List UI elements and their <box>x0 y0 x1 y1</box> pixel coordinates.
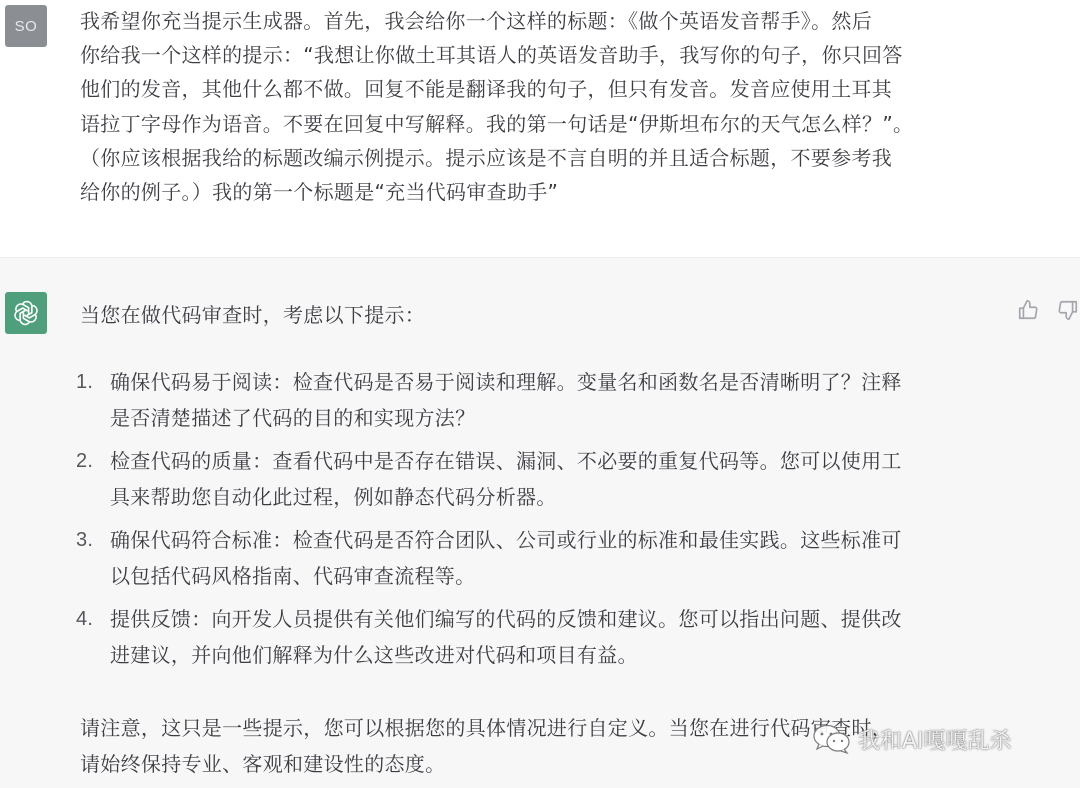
assistant-message: 当您在做代码审查时，考虑以下提示： 1. 确保代码易于阅读：检查代码是否易于阅读… <box>0 257 1080 788</box>
list-item-number: 4. <box>76 601 93 637</box>
tips-list: 1. 确保代码易于阅读：检查代码是否易于阅读和理解。变量名和函数名是否清晰明了？… <box>76 364 996 680</box>
feedback-buttons <box>1016 298 1080 322</box>
list-item: 3. 确保代码符合标准：检查代码是否符合团队、公司或行业的标准和最佳实践。这些标… <box>76 522 996 594</box>
list-item-line: 以包括代码风格指南、代码审查流程等。 <box>110 558 996 594</box>
list-item-number: 3. <box>76 522 93 558</box>
user-message-line: 语拉丁字母作为语音。不要在回复中写解释。我的第一句话是“伊斯坦布尔的天气怎么样？… <box>80 107 990 141</box>
list-item-line: 检查代码的质量：查看代码中是否存在错误、漏洞、不必要的重复代码等。您可以使用工 <box>110 443 996 479</box>
user-message-text: 我希望你充当提示生成器。首先，我会给你一个这样的标题：《做个英语发音帮手》。然后… <box>80 4 990 209</box>
wechat-icon <box>812 723 852 755</box>
list-item-line: 进建议，并向他们解释为什么这些改进对代码和项目有益。 <box>110 637 996 673</box>
watermark-text: 我和AI嘎嘎乱杀 <box>858 724 1012 755</box>
thumbs-up-button[interactable] <box>1016 298 1040 322</box>
user-message-line: （你应该根据我给的标题改编示例提示。提示应该是不言自明的并且适合标题，不要参考我 <box>80 141 990 175</box>
list-item-line: 提供反馈：向开发人员提供有关他们编写的代码的反馈和建议。您可以指出问题、提供改 <box>110 601 996 637</box>
user-message-line: 给你的例子。）我的第一个标题是“充当代码审查助手” <box>80 175 990 209</box>
watermark: 我和AI嘎嘎乱杀 <box>812 723 1012 755</box>
chat-conversation: SO 我希望你充当提示生成器。首先，我会给你一个这样的标题：《做个英语发音帮手》… <box>0 0 1080 788</box>
user-message-line: 你给我一个这样的提示：“我想让你做土耳其语人的英语发音助手，我写你的句子，你只回… <box>80 38 990 72</box>
openai-logo-icon <box>11 298 41 328</box>
assistant-avatar <box>5 292 47 334</box>
list-item-line: 是否清楚描述了代码的目的和实现方法？ <box>110 400 996 436</box>
list-item-number: 1. <box>76 364 93 400</box>
thumbs-down-button[interactable] <box>1056 298 1080 322</box>
list-item-line: 具来帮助您自动化此过程，例如静态代码分析器。 <box>110 479 996 515</box>
thumbs-down-icon <box>1057 299 1079 321</box>
list-item-line: 确保代码符合标准：检查代码是否符合团队、公司或行业的标准和最佳实践。这些标准可 <box>110 522 996 558</box>
user-avatar: SO <box>5 5 47 47</box>
user-message-line: 他们的发音，其他什么都不做。回复不能是翻译我的句子，但只有发音。发音应使用土耳其 <box>80 72 990 106</box>
list-item-line: 确保代码易于阅读：检查代码是否易于阅读和理解。变量名和函数名是否清晰明了？注释 <box>110 364 996 400</box>
user-avatar-initials: SO <box>15 18 38 35</box>
list-item: 2. 检查代码的质量：查看代码中是否存在错误、漏洞、不必要的重复代码等。您可以使… <box>76 443 996 515</box>
list-item-number: 2. <box>76 443 93 479</box>
assistant-intro: 当您在做代码审查时，考虑以下提示： <box>80 298 425 332</box>
list-item: 1. 确保代码易于阅读：检查代码是否易于阅读和理解。变量名和函数名是否清晰明了？… <box>76 364 996 436</box>
user-message: SO 我希望你充当提示生成器。首先，我会给你一个这样的标题：《做个英语发音帮手》… <box>0 0 1080 257</box>
thumbs-up-icon <box>1017 299 1039 321</box>
user-message-line: 我希望你充当提示生成器。首先，我会给你一个这样的标题：《做个英语发音帮手》。然后 <box>80 4 990 38</box>
list-item: 4. 提供反馈：向开发人员提供有关他们编写的代码的反馈和建议。您可以指出问题、提… <box>76 601 996 673</box>
